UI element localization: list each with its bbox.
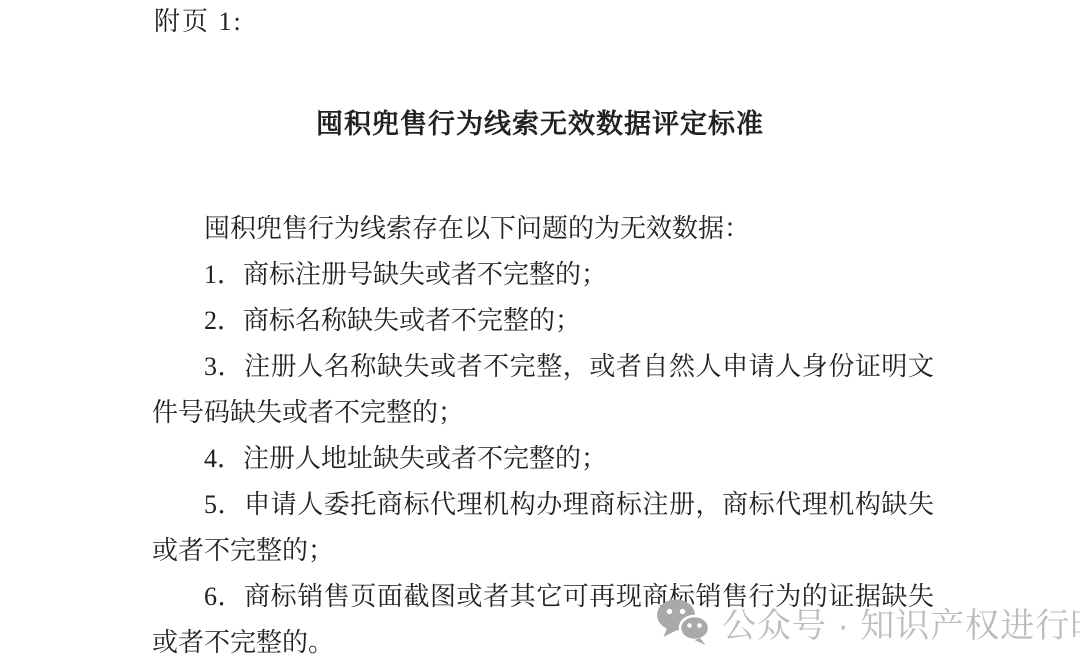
criteria-item-1: 1．商标注册号缺失或者不完整的； [152, 252, 934, 298]
attachment-label: 附页 1: [154, 6, 243, 38]
document-title: 囤积兜售行为线索无效数据评定标准 [0, 106, 1080, 142]
wechat-watermark: 公众号 · 知识产权进行时 [656, 592, 1080, 652]
criteria-item-5: 5．申请人委托商标代理机构办理商标注册，商标代理机构缺失或者不完整的； [152, 482, 934, 574]
criteria-item-3: 3．注册人名称缺失或者不完整，或者自然人申请人身份证明文件号码缺失或者不完整的； [152, 344, 934, 436]
watermark-text: 公众号 · 知识产权进行时 [722, 598, 1080, 647]
criteria-item-2: 2．商标名称缺失或者不完整的； [152, 298, 934, 344]
intro-paragraph: 囤积兜售行为线索存在以下问题的为无效数据： [152, 206, 934, 252]
criteria-item-4: 4．注册人地址缺失或者不完整的； [152, 436, 934, 482]
wechat-icon [656, 598, 710, 646]
document-page: 附页 1: 囤积兜售行为线索无效数据评定标准 囤积兜售行为线索存在以下问题的为无… [0, 0, 1080, 662]
